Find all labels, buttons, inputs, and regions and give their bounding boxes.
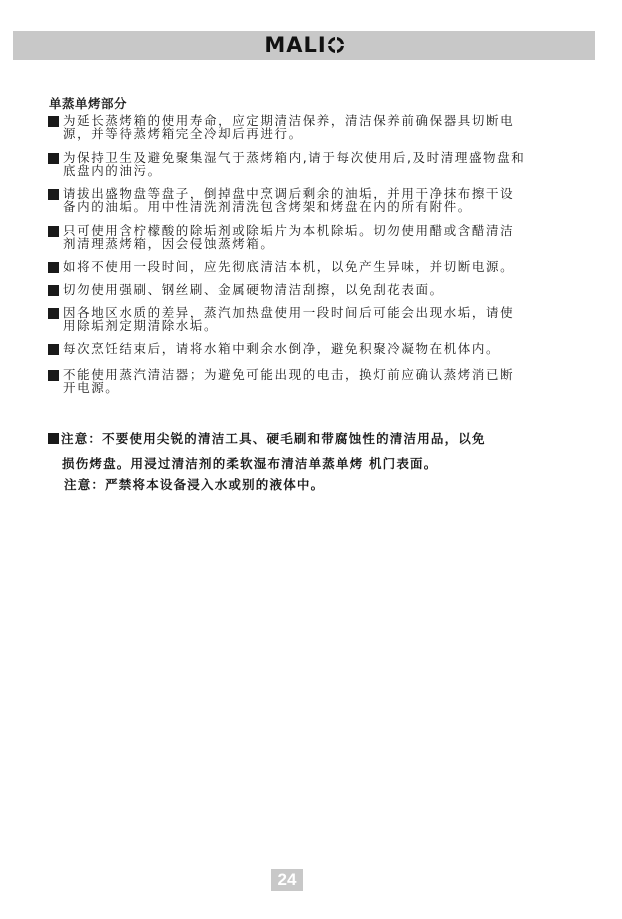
list-item-text: 为延长蒸烤箱的使用寿命，应定期清洁保养，清洁保养前确保器具切断电 源，并等待蒸烤… [63,114,578,140]
square-bullet-icon [48,116,59,127]
list-item-text: 如将不使用一段时间，应先彻底清洁本机，以免产生异味，并切断电源。 [63,260,578,273]
page-number: 24 [271,869,303,891]
brand-logo: MALI [13,34,595,56]
caution-note-text: 损伤烤盘。用浸过清洁剂的柔软湿布清洁单蒸单烤 机门表面。 [62,456,437,471]
caution-note-text: 注意：不要使用尖锐的清洁工具、硬毛刷和带腐蚀性的清洁用品，以免 [61,431,486,446]
square-bullet-icon [48,189,59,200]
list-item-text: 不能使用蒸汽清洁器；为避免可能出现的电击，换灯前应确认蒸烤消已断 开电源。 [63,368,578,394]
brand-text: MALI [264,33,326,57]
caution-note-line: 损伤烤盘。用浸过清洁剂的柔软湿布清洁单蒸单烤 机门表面。 [62,457,437,471]
square-bullet-icon [48,153,59,164]
list-item: 不能使用蒸汽清洁器；为避免可能出现的电击，换灯前应确认蒸烤消已断 开电源。 [48,368,578,394]
warning-note-text: 注意：严禁将本设备浸入水或别的液体中。 [64,477,324,492]
list-item: 切勿使用强刷、钢丝刷、金属硬物清洁刮擦，以免刮花表面。 [48,283,578,296]
square-bullet-icon [48,226,59,237]
caution-note-line: 注意：不要使用尖锐的清洁工具、硬毛刷和带腐蚀性的清洁用品，以免 [48,432,486,446]
list-item-text: 切勿使用强刷、钢丝刷、金属硬物清洁刮擦，以免刮花表面。 [63,283,578,296]
square-bullet-icon [48,308,59,319]
list-item: 如将不使用一段时间，应先彻底清洁本机，以免产生异味，并切断电源。 [48,260,578,273]
warning-note-line: 注意：严禁将本设备浸入水或别的液体中。 [64,478,324,492]
list-item-text: 只可使用含柠檬酸的除垢剂或除垢片为本机除垢。切勿使用醋或含醋清洁 剂清理蒸烤箱，… [63,224,578,250]
list-item: 为保持卫生及避免聚集湿气于蒸烤箱内,请于每次使用后,及时清理盛物盘和 底盘内的油… [48,151,578,177]
list-item-text: 为保持卫生及避免聚集湿气于蒸烤箱内,请于每次使用后,及时清理盛物盘和 底盘内的油… [63,151,578,177]
section-title: 单蒸单烤部分 [49,94,127,112]
list-item: 每次烹饪结束后，请将水箱中剩余水倒净，避免积聚冷凝物在机体内。 [48,342,578,355]
list-item: 请拔出盛物盘等盘子，倒掉盘中烹调后剩余的油垢，并用干净抹布擦干设 备内的油垢。用… [48,187,578,213]
list-item-text: 每次烹饪结束后，请将水箱中剩余水倒净，避免积聚冷凝物在机体内。 [63,342,578,355]
brand-o-crosshair-icon [328,37,344,53]
square-bullet-icon [48,262,59,273]
square-bullet-icon [48,344,59,355]
list-item-text: 请拔出盛物盘等盘子，倒掉盘中烹调后剩余的油垢，并用干净抹布擦干设 备内的油垢。用… [63,187,578,213]
list-item: 因各地区水质的差异，蒸汽加热盘使用一段时间后可能会出现水垢，请使 用除垢剂定期清… [48,306,578,332]
square-bullet-icon [48,285,59,296]
list-item: 只可使用含柠檬酸的除垢剂或除垢片为本机除垢。切勿使用醋或含醋清洁 剂清理蒸烤箱，… [48,224,578,250]
square-bullet-icon [48,433,59,444]
header-bar: MALI [13,31,595,60]
list-item: 为延长蒸烤箱的使用寿命，应定期清洁保养，清洁保养前确保器具切断电 源，并等待蒸烤… [48,114,578,140]
list-item-text: 因各地区水质的差异，蒸汽加热盘使用一段时间后可能会出现水垢，请使 用除垢剂定期清… [63,306,578,332]
square-bullet-icon [48,370,59,381]
